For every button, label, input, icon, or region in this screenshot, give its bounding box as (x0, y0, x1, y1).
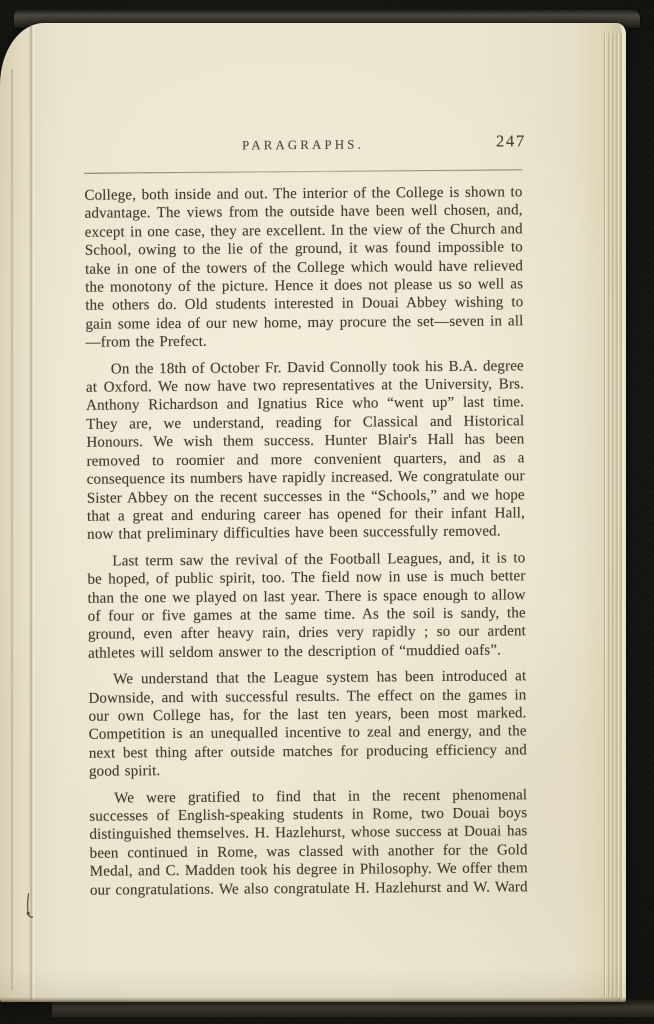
running-title: PARAGRAPHS. (84, 136, 522, 154)
page-bottom-edge (0, 997, 626, 1002)
page-number: 247 (496, 131, 526, 151)
book-page: PARAGRAPHS. 247 College, both inside and… (0, 23, 626, 1002)
binding-crease (10, 69, 15, 990)
paragraph: Last term saw the revival of the Footbal… (87, 549, 526, 663)
header-rule (84, 169, 522, 173)
paragraph: We understand that the League system has… (88, 667, 527, 781)
paragraph: We were gratified to find that in the re… (89, 786, 528, 900)
book-scan: PARAGRAPHS. 247 College, both inside and… (0, 0, 654, 1024)
page-header: PARAGRAPHS. 247 (84, 133, 522, 157)
binding-crease (29, 25, 35, 1000)
paragraph: College, both inside and out. The interi… (84, 183, 523, 352)
page-content: PARAGRAPHS. 247 College, both inside and… (84, 133, 528, 899)
page-edge-stack (602, 33, 624, 998)
paragraph: On the 18th of October Fr. David Connoll… (86, 357, 525, 544)
binding-stitch (23, 893, 35, 921)
